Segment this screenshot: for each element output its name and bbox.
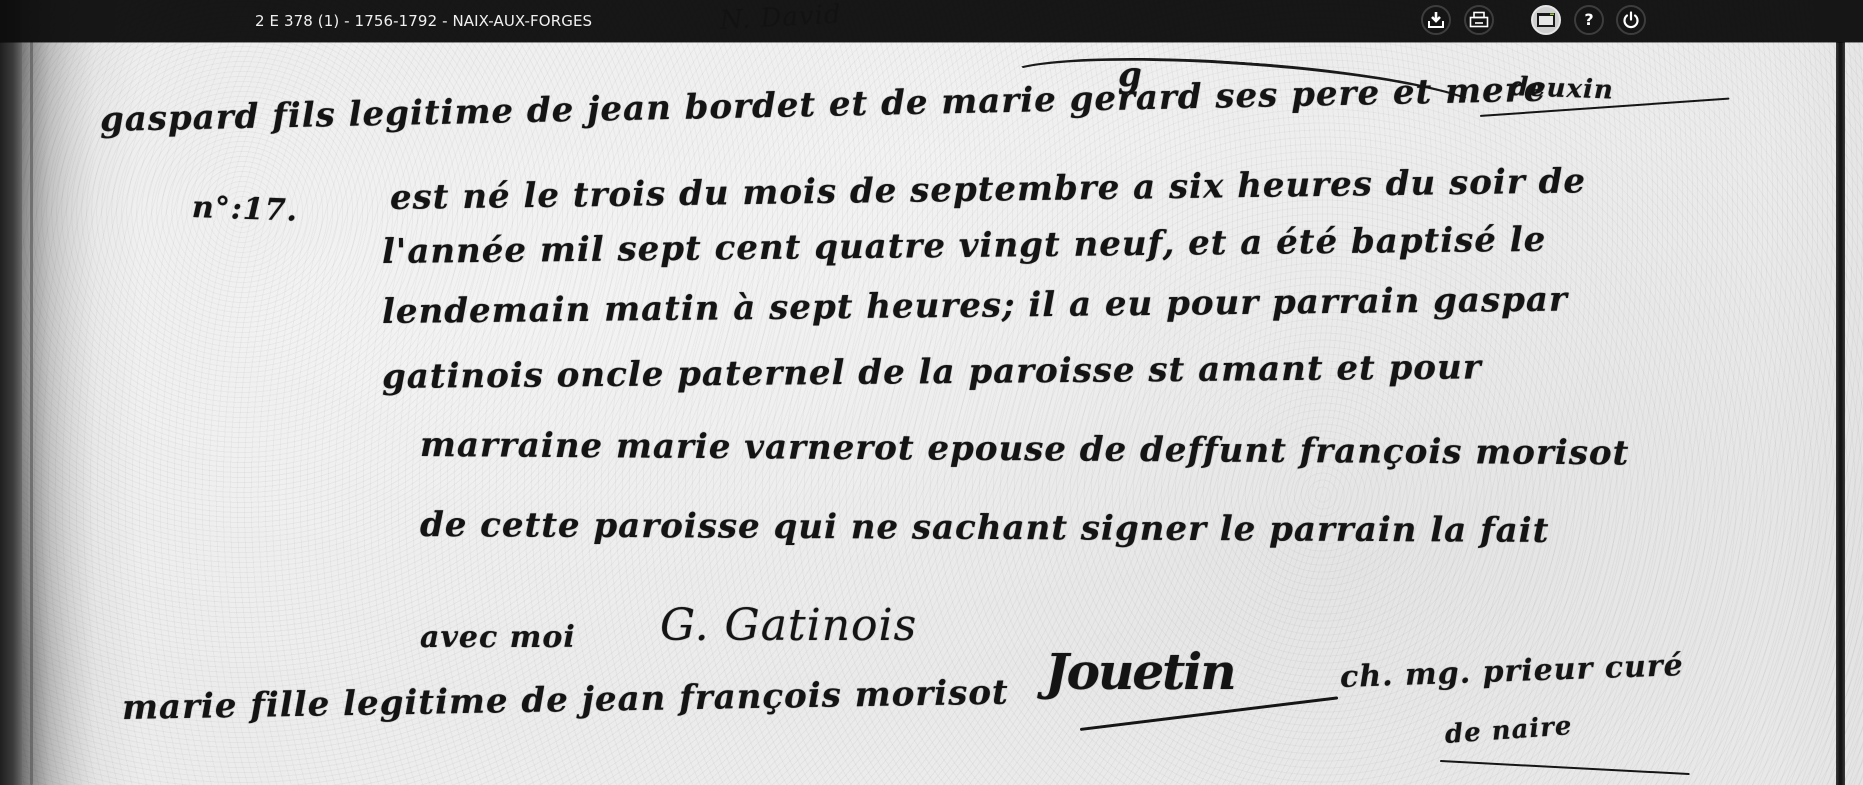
power-icon: [1622, 11, 1640, 29]
margin-underline: [1440, 760, 1690, 775]
page-binding-edge: [0, 0, 22, 785]
signature-underline: [1080, 696, 1338, 731]
help-icon: ?: [1584, 12, 1593, 28]
handwriting-margin-bottom: de naire: [1444, 711, 1573, 750]
viewer-toolbar: 2 E 378 (1) - 1756-1792 - NAIX-AUX-FORGE…: [0, 0, 1863, 42]
power-button[interactable]: [1616, 5, 1646, 35]
handwriting-line-5: gatinois oncle paternel de la paroisse s…: [382, 347, 1482, 397]
entry-number: n°:17.: [191, 190, 298, 229]
handwriting-line-7: de cette paroisse qui ne sachant signer …: [420, 505, 1550, 551]
handwriting-line-8: avec moi: [420, 620, 576, 655]
handwriting-line-2: est né le trois du mois de septembre a s…: [390, 161, 1587, 218]
download-button[interactable]: [1421, 5, 1451, 35]
handwriting-line-6: marraine marie varnerot epouse de deffun…: [420, 425, 1630, 473]
fullscreen-button[interactable]: [1531, 5, 1561, 35]
page-binding-streak: [30, 40, 33, 785]
handwriting-line-4: lendemain matin à sept heures; il a eu p…: [382, 280, 1568, 332]
help-button[interactable]: ?: [1574, 5, 1604, 35]
window-icon: [1536, 12, 1556, 28]
signature-priest: Jouetin: [1045, 642, 1235, 701]
document-title: 2 E 378 (1) - 1756-1792 - NAIX-AUX-FORGE…: [255, 12, 592, 30]
handwriting-line-8b: ch. mg. prieur curé: [1339, 648, 1684, 695]
handwriting-line-3: l'année mil sept cent quatre vingt neuf,…: [382, 220, 1547, 272]
printer-icon: [1469, 11, 1489, 29]
page-margin-rule: [1836, 42, 1845, 785]
signature-gatinois: G. Gatinois: [660, 600, 917, 651]
download-icon: [1427, 11, 1445, 29]
handwriting-line-9: marie fille legitime de jean françois mo…: [122, 673, 1009, 728]
document-viewer[interactable]: N. David g deuxin gaspard fils legitime …: [0, 0, 1863, 785]
print-button[interactable]: [1464, 5, 1494, 35]
